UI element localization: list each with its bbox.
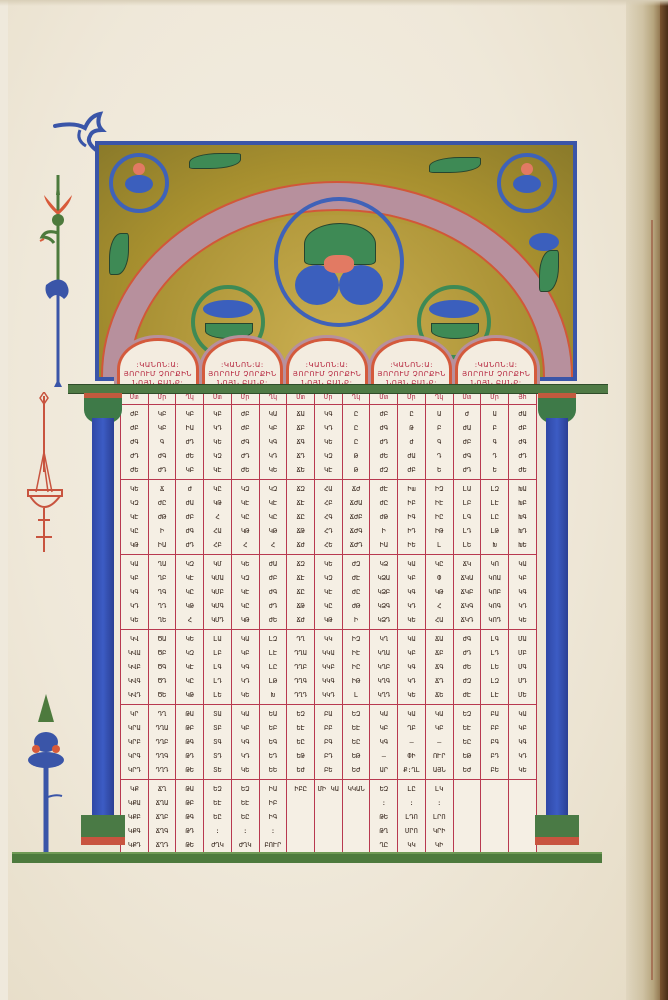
table-cell: ԿԱ ԿԲ ԿԳ ԿԴ ԿԵ: [398, 555, 426, 630]
table-cell: ԿԸ Փ ԿԹ Հ ՀԱ: [425, 555, 453, 630]
table-band-row: ԿՐ ԿՐԱ ԿՐԲ ԿՐԳ ԿՐԴԴՂ ԴՂԱ ԴՂԲ ԴՂԳ ԴՂԴԹԱ Թ…: [121, 705, 537, 780]
table-cell: ՂԱ ՂԲ ՂԳ ՂԴ ՂԵ: [148, 555, 176, 630]
table-cell: ԵԶ ԵԷ ԵԸ ԵԹ ԵԺ: [287, 705, 315, 780]
table-cell: ԻԲԸ: [287, 780, 315, 855]
floral-finial-icon: [36, 165, 80, 390]
left-lotus-icon: [203, 300, 253, 318]
table-cell: ՃԶ ՃԷ ՃԸ ՃԹ ՃԺ: [287, 555, 315, 630]
table-cell: ԿԱ ՂԲ — ՓԻ Ք:ՂԼ: [398, 705, 426, 780]
left-corner-flower-icon: [125, 175, 153, 193]
table-cell: Ա Բ Գ Դ Ե: [425, 405, 453, 480]
arch-heading: :ԿԱՆՈՆ:Ա: ՅՈՐՈՒՄ ՉՈՐՔԻՆ ՆՈՅՆ ԲԱՆՔ:: [455, 338, 537, 390]
heading-line: :ԿԱՆՈՆ:Ա:: [136, 361, 179, 370]
blue-tree-icon: [26, 692, 66, 857]
table-cell: ԿԶ ԿԷ ԿԸ ԿԹ Հ: [231, 480, 259, 555]
table-cell: ԵԶ : ԹԵ ԹՂ ՂԸ: [370, 780, 398, 855]
table-cell: ԵԶ ԵԷ ԵԸ ԵԹ ԵԺ: [342, 705, 370, 780]
table-cell: ԼԱ ԼԲ ԼԳ ԼԴ ԼԵ: [204, 630, 232, 705]
table-cell: ԿԱ ԿԲ — ՈՒՐ ԱՅՆ: [425, 705, 453, 780]
table-cell: ՃԱ ՃԲ ՃԳ ՃԴ ՃԵ: [425, 630, 453, 705]
table-cell: ԽԱ ԽԲ ԽԳ ԽԴ ԽԵ: [509, 480, 537, 555]
table-cell: ԾԱ ԾԲ ԾԳ ԾԴ ԾԵ: [148, 630, 176, 705]
table-cell: ԿԳ ԿԴ ԿԵ ԿԶ ԿԷ: [315, 405, 343, 480]
table-cell: ՏԱ ՏԲ ՏԳ ՏԴ ՏԵ: [204, 705, 232, 780]
table-cell: ԹԱ ԹԲ ԹԳ ԹԴ ԹԵ: [176, 780, 204, 855]
table-cell: ԿԵ ԿԶ ԿԷ ԿԸ ԿԹ: [176, 630, 204, 705]
left-lotus-leaf-icon: [205, 323, 253, 339]
table-cell: ԿԲ ԻԱ ԺԴ ԺԵ ԿԲ: [176, 405, 204, 480]
table-cell: ԼԱ ԼԲ ԼԳ ԼԴ ԼԵ: [453, 480, 481, 555]
table-cell: ԴՂ ԴՂԱ ԴՂԲ ԴՂԳ ԴՂԴ: [148, 705, 176, 780]
right-corner-flower-icon: [513, 175, 541, 193]
table-cell: ՃՂ ՃՂԱ ՃՂԲ ՃՂԳ ՃՂԴ: [148, 780, 176, 855]
hanging-lamp-icon: [26, 392, 66, 557]
table-cell: ՀԱ ՀԲ ՀԳ ՀԴ ՀԵ: [315, 480, 343, 555]
table-cell: ԴՂ ԴՂԱ ԴՂԲ ԴՂԳ ԴՂԴ: [287, 630, 315, 705]
table-cell: ԿՄ ԿՄԱ ԿՄԲ ԿՄԳ ԿՄԴ: [204, 555, 232, 630]
heading-line: ՅՈՐՈՒՄ ՉՈՐՔԻՆ: [293, 370, 361, 379]
heading-line: ՅՈՐՈՒՄ ՉՈՐՔԻՆ: [208, 370, 276, 379]
table-cell: ԺԶ ԺԷ ԺԸ ԺԹ Ի: [342, 555, 370, 630]
left-column: [92, 418, 114, 818]
table-cell: ԿԱ ԿԲ ԿԳ ԿԴ ԿԵ: [121, 555, 149, 630]
table-cell: ԿԲ ԿԲ Գ ԺԳ ԺԴ: [148, 405, 176, 480]
table-cell: ԺԲ ԺԲ ԺԳ ԺԴ ԺԵ: [231, 405, 259, 480]
table-cell: ԺԲ ԺԲ ԺԳ ԺԴ ԺԵ: [121, 405, 149, 480]
table-cell: ԵԶ ԵԷ ԵԸ : ԺՂԿ: [204, 780, 232, 855]
table-cell: Ժ ԺԱ ԺԲ ԺԳ ԺԴ: [176, 480, 204, 555]
table-cell: ԵԱ ԵԲ ԵԳ ԵԴ ԵԵ: [259, 705, 287, 780]
right-column: [546, 418, 568, 818]
heading-line: ՅՈՐՈՒՄ ՉՈՐՔԻՆ: [377, 370, 445, 379]
ruling-line: [651, 220, 653, 980]
table-cell: ԿԱ ԿԲ ԿԳ ԿԴ ԿԵ: [231, 630, 259, 705]
ground-line-bar: [12, 852, 602, 863]
table-cell: Ը Թ Ժ ԺԱ ԺԲ: [398, 405, 426, 480]
table-cell: ԿՐ ԿՐԱ ԿՐԲ ԿՐԳ ԿՐԴ: [121, 705, 149, 780]
spine-edge: [660, 0, 668, 1000]
flower-bud-icon: [133, 163, 145, 175]
arch-heading: :ԿԱՆՈՆ:Ա: ՅՈՐՈՒՄ ՉՈՐՔԻՆ ՆՈՅՆ ԲԱՆՔ:: [286, 338, 368, 390]
table-cell: ԻԶ ԻԷ ԻԸ ԻԹ Լ: [425, 480, 453, 555]
canon-table: ՄտՄրՂկՄտՄրՂկՄտՄրՂկՄտՄրՂկՄտՄրՅհԺԲ ԺԲ ԺԳ Ժ…: [120, 390, 537, 855]
table-cell: ԼԶ ԼԷ ԼԸ ԼԹ Խ: [481, 480, 509, 555]
table-cell: ԿԱ ԿԲ ԿԳ ԿԴ ԿԵ: [398, 630, 426, 705]
table-cell: [481, 780, 509, 855]
right-column-base: [535, 815, 579, 845]
table-cell: ԼԸ : ԼԴՈ ՄՐՈ ԿԿ: [398, 780, 426, 855]
table-cell: ԼԶ ԼԷ ԼԸ ԼԹ Խ: [259, 630, 287, 705]
table-cell: ԿԱ ԿԲ ԿԳ ԿԴ ԿԵ: [231, 705, 259, 780]
heading-line: :ԿԱՆՈՆ:Ա:: [306, 361, 349, 370]
table-cell: ԿԵ ԿԶ ԿԷ ԿԸ ԿԹ: [315, 555, 343, 630]
table-cell: ՄԻ ԿԱ: [315, 780, 343, 855]
table-cell: ԿՎ ԿՎԱ ԿՎԲ ԿՎԳ ԿՎԴ: [121, 630, 149, 705]
table-band-row: ԿԱ ԿԲ ԿԳ ԿԴ ԿԵՂԱ ՂԲ ՂԳ ՂԴ ՂԵԿԶ ԿԷ ԿԸ ԿԹ …: [121, 555, 537, 630]
table-cell: ԿԱ ԿԲ ԿԳ ԿԴ ԿԵ: [509, 555, 537, 630]
table-cell: ԿՁ ԿՁԱ ԿՁԲ ԿՁԳ ԿՁԴ: [370, 555, 398, 630]
arch-heading: :ԿԱՆՈՆ:Ա: ՅՈՐՈՒՄ ՉՈՐՔԻՆ ՆՈՅՆ ԲԱՆՔ:: [117, 338, 199, 390]
table-band-row: ԺԲ ԺԲ ԺԳ ԺԴ ԺԵԿԲ ԿԲ Գ ԺԳ ԺԴԿԲ ԻԱ ԺԴ ԺԵ Կ…: [121, 405, 537, 480]
arch-heading: :ԿԱՆՈՆ:Ա: ՅՈՐՈՒՄ ՉՈՐՔԻՆ ՆՈՅՆ ԲԱՆՔ:: [371, 338, 453, 390]
table-cell: ԺԳ ԺԴ ԺԵ ԺԶ ԺԷ: [453, 630, 481, 705]
table-cell: ԿԱ ԿԲ ԿԳ — ԱՐ: [370, 705, 398, 780]
table-band-row: ԿՎ ԿՎԱ ԿՎԲ ԿՎԳ ԿՎԴԾԱ ԾԲ ԾԳ ԾԴ ԾԵԿԵ ԿԶ ԿԷ…: [121, 630, 537, 705]
table-cell: ԺԱ ԺԲ ԺԳ ԺԴ ԺԵ: [259, 555, 287, 630]
table-cell: [453, 780, 481, 855]
table-cell: ՃԿ ՃԿԱ ՃԿԲ ՃԿԳ ՃԿԴ: [453, 555, 481, 630]
page-top-edge: [0, 0, 668, 6]
flower-bud-icon: [521, 163, 533, 175]
heading-line: :ԿԱՆՈՆ:Ա:: [221, 361, 264, 370]
table-cell: ՃԱ ՃԲ ՃԳ ՃԴ ՃԵ: [287, 405, 315, 480]
table-cell: ԻԱ ԻԲ ԻԳ : ԲՈՒՐ: [259, 780, 287, 855]
table-cell: ԲԱ ԲԲ ԲԳ ԲԴ ԲԵ: [315, 705, 343, 780]
table-cell: ԿԵ ԿԶ ԿԷ ԿԸ ԿԹ: [121, 480, 149, 555]
central-bud-icon: [324, 255, 354, 273]
heading-line: ՅՈՐՈՒՄ ՉՈՐՔԻՆ: [462, 370, 530, 379]
table-cell: ԹԱ ԹԲ ԹԳ ԹԴ ԹԵ: [176, 705, 204, 780]
table-cell: ԿԸ ԿԹ Հ ՀԱ ՀԲ: [204, 480, 232, 555]
table-cell: ԿՂ ԿՂԱ ԿՂԲ ԿՂԳ ԿՂԴ: [370, 630, 398, 705]
table-cell: ԲԱ ԲԲ ԲԳ ԲԴ ԲԵ: [481, 705, 509, 780]
table-cell: ԿԱ ԿԲ ԿԳ ԿԴ ԿԵ: [259, 405, 287, 480]
table-band-row: ԿՔ ԿՔԱ ԿՔԲ ԿՔԳ ԿՔԴՃՂ ՃՂԱ ՃՂԲ ՃՂԳ ՃՂԴԹԱ Թ…: [121, 780, 537, 855]
table-cell: ՄԱ ՄԲ ՄԳ ՄԴ ՄԵ: [509, 630, 537, 705]
table-cell: [509, 780, 537, 855]
table-cell: ԿԱ ԿԲ ԿԳ ԿԴ ԿԵ: [509, 705, 537, 780]
table-cell: ՃԶ ՃԷ ՃԸ ՃԹ ՃԺ: [287, 480, 315, 555]
left-column-base: [81, 815, 125, 845]
canon-heading-arches: :ԿԱՆՈՆ:Ա: ՅՈՐՈՒՄ ՉՈՐՔԻՆ ՆՈՅՆ ԲԱՆՔ: :ԿԱՆՈ…: [117, 338, 537, 390]
heading-line: :ԿԱՆՈՆ:Ա:: [390, 361, 433, 370]
table-cell: ԿԲ ԿԴ ԿԵ ԿԶ ԿԷ: [204, 405, 232, 480]
table-cell: ԿՈ ԿՈԱ ԿՈԲ ԿՈԳ ԿՈԴ: [481, 555, 509, 630]
table-cell: Ը Ը Ը Թ Թ: [342, 405, 370, 480]
table-cell: ԿԿ ԿԿԱ ԿԿԲ ԿԿԳ ԿԿԴ: [315, 630, 343, 705]
table-band-row: ԿԵ ԿԶ ԿԷ ԿԸ ԿԹՃ ԺԸ ԺԹ Ի ԻԱԺ ԺԱ ԺԲ ԺԳ ԺԴԿ…: [121, 480, 537, 555]
table-cell: Ճ ԺԸ ԺԹ Ի ԻԱ: [148, 480, 176, 555]
table-cell: ԿԶ ԿԷ ԿԸ ԿԹ Հ: [176, 555, 204, 630]
architrave-bar: [68, 384, 608, 394]
right-lotus-icon: [429, 300, 479, 318]
arch-heading: :ԿԱՆՈՆ:Ա: ՅՈՐՈՒՄ ՉՈՐՔԻՆ ՆՈՅՆ ԲԱՆՔ:: [202, 338, 284, 390]
heading-line: ՅՈՐՈՒՄ ՉՈՐՔԻՆ: [124, 370, 192, 379]
table-cell: ԵԶ ԵԷ ԵԸ ԵԹ ԵԺ: [453, 705, 481, 780]
table-cell: ԿԿԱՆ: [342, 780, 370, 855]
table-cell: Իա ԻԲ ԻԳ ԻԴ ԻԵ: [398, 480, 426, 555]
table-cell: ԿԶ ԿԷ ԿԸ ԿԹ Հ: [259, 480, 287, 555]
scroll-terminal-icon: [529, 233, 559, 251]
table-cell: ԻԶ ԻԷ ԻԸ ԻԹ Լ: [342, 630, 370, 705]
table-cell: Ա Բ Գ Դ Ե: [481, 405, 509, 480]
table-cell: Ժ ԺԱ ԺԲ ԺԳ ԺԴ: [453, 405, 481, 480]
table-cell: ԼԿ : ԼՐՈ ԿՐԻ ԿԻ: [425, 780, 453, 855]
right-lotus-leaf-icon: [431, 323, 479, 339]
table-cell: ԵԶ ԵԷ ԵԸ : ԺՂԿ: [231, 780, 259, 855]
heading-line: :ԿԱՆՈՆ:Ա:: [475, 361, 518, 370]
table-cell: ԺԷ ԺԸ ԺԹ Ի ԻԱ: [370, 480, 398, 555]
table-cell: ՃԺ ՃԺԱ ՃԺԲ ՃԺԳ ՃԺԴ: [342, 480, 370, 555]
table-cell: ԺԱ ԺԲ ԺԳ ԺԴ ԺԵ: [509, 405, 537, 480]
table-cell: ԼԳ ԼԴ ԼԵ ԼԶ ԼԷ: [481, 630, 509, 705]
table-cell: ԺԲ ԺԳ ԺԴ ԺԵ ԺԶ: [370, 405, 398, 480]
table-cell: ԿԵ ԿԶ ԿԷ ԿԸ ԿԹ: [231, 555, 259, 630]
